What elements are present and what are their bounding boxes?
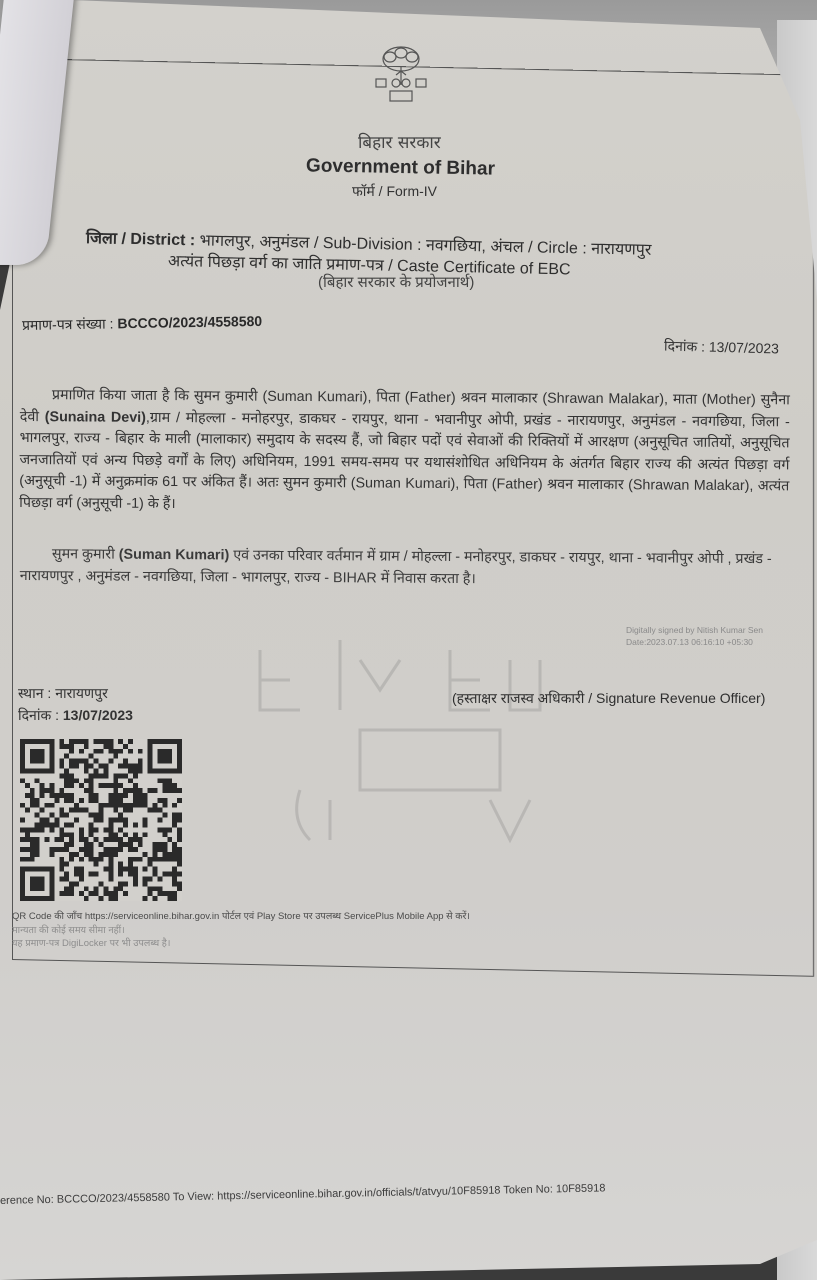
certificate-number-value: BCCCO/2023/4558580: [117, 313, 262, 332]
mother-name: (Sunaina Devi): [45, 409, 146, 426]
footer-reference: erence No: BCCCO/2023/4558580 To View: h…: [0, 1182, 606, 1207]
qr-code-icon[interactable]: [20, 736, 182, 904]
residence-paragraph: सुमन कुमारी (Suman Kumari) एवं उनका परिव…: [20, 544, 800, 593]
form-number: फॉर्म / Form-IV: [352, 182, 437, 201]
district-value: भागलपुर,: [199, 232, 255, 250]
certificate-paper: बिहार सरकार Government of Bihar फॉर्म / …: [0, 0, 817, 1280]
father-name: (Shrawan Malakar): [542, 391, 664, 408]
bihar-emblem-icon: [368, 45, 434, 109]
english-government-title: Government of Bihar: [306, 155, 495, 180]
applicant-name: (Suman Kumari): [262, 389, 367, 406]
watermark-emblem: [250, 620, 610, 850]
certificate-date-value: 13/07/2023: [709, 339, 779, 357]
district-label: जिला / District :: [86, 230, 196, 249]
circle-value: नारायणपुर: [591, 241, 652, 259]
digital-signature: Digitally signed by Nitish Kumar Sen Dat…: [626, 624, 763, 648]
signature-officer-label: (हस्ताक्षर राजस्व अधिकारी / Signature Re…: [452, 689, 765, 708]
certificate-number-label: प्रमाण-पत्र संख्या :: [22, 315, 114, 333]
qr-verification-note: QR Code की जाँच https://serviceonline.bi…: [12, 910, 470, 951]
issue-date: दिनांक : 13/07/2023: [18, 706, 133, 725]
certification-paragraph: प्रमाणित किया जाता है कि सुमन कुमारी (Su…: [19, 385, 790, 520]
place: स्थान : नारायणपुर: [18, 684, 108, 703]
hindi-government-title: बिहार सरकार: [358, 130, 441, 153]
circle-label: अंचल / Circle :: [490, 238, 587, 257]
certificate-purpose: (बिहार सरकार के प्रयोजनार्थ): [318, 272, 474, 292]
subdivision-value: नवगछिया,: [426, 237, 486, 255]
certificate-date: दिनांक : 13/07/2023: [664, 336, 779, 358]
certificate-date-label: दिनांक :: [664, 337, 705, 354]
